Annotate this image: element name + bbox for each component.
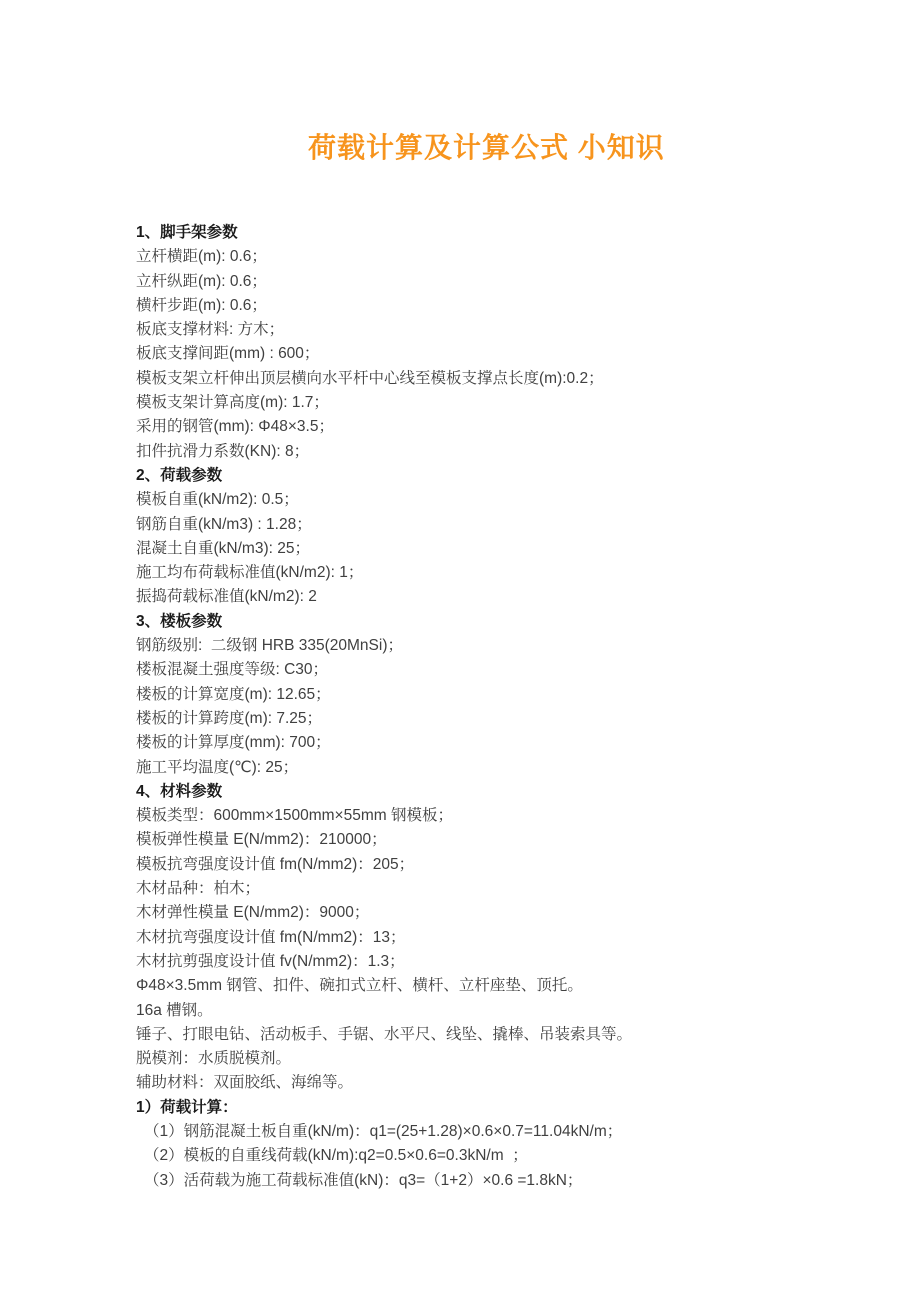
section-heading: 1、脚手架参数	[136, 221, 836, 245]
doc-line: 板底支撑间距(mm) : 600；	[136, 342, 836, 366]
document-body: 1、脚手架参数立杆横距(m): 0.6；立杆纵距(m): 0.6；横杆步距(m)…	[136, 221, 836, 1193]
doc-line: （2）模板的自重线荷载(kN/m):q2=0.5×0.6=0.3kN/m ；	[136, 1144, 836, 1168]
doc-line: 钢筋自重(kN/m3) : 1.28；	[136, 513, 836, 537]
doc-line: 脱模剂：水质脱模剂。	[136, 1047, 836, 1071]
doc-line: 模板类型：600mm×1500mm×55mm 钢模板；	[136, 804, 836, 828]
section-heading: 4、材料参数	[136, 780, 836, 804]
doc-line: 木材抗弯强度设计值 fm(N/mm2)：13；	[136, 926, 836, 950]
doc-line: 模板弹性模量 E(N/mm2)：210000；	[136, 828, 836, 852]
page-title: 荷载计算及计算公式 小知识	[308, 126, 665, 166]
doc-line: 钢筋级别: 二级钢 HRB 335(20MnSi)；	[136, 634, 836, 658]
doc-line: 施工平均温度(℃): 25；	[136, 756, 836, 780]
doc-line: 木材抗剪强度设计值 fv(N/mm2)：1.3；	[136, 950, 836, 974]
doc-line: 模板抗弯强度设计值 fm(N/mm2)：205；	[136, 853, 836, 877]
doc-line: 模板自重(kN/m2): 0.5；	[136, 488, 836, 512]
doc-line: 模板支架计算高度(m): 1.7；	[136, 391, 836, 415]
doc-line: 扣件抗滑力系数(KN): 8；	[136, 440, 836, 464]
doc-line: 木材品种：柏木；	[136, 877, 836, 901]
doc-line: 木材弹性模量 E(N/mm2)：9000；	[136, 901, 836, 925]
section-heading: 2、荷载参数	[136, 464, 836, 488]
doc-line: 锤子、打眼电钻、活动板手、手锯、水平尺、线坠、撬棒、吊装索具等。	[136, 1023, 836, 1047]
doc-line: 立杆纵距(m): 0.6；	[136, 270, 836, 294]
doc-line: 楼板的计算厚度(mm): 700；	[136, 731, 836, 755]
doc-line: 立杆横距(m): 0.6；	[136, 245, 836, 269]
doc-line: 板底支撑材料: 方木；	[136, 318, 836, 342]
doc-line: 模板支架立杆伸出顶层横向水平杆中心线至模板支撑点长度(m):0.2；	[136, 367, 836, 391]
doc-line: 辅助材料：双面胶纸、海绵等。	[136, 1071, 836, 1095]
doc-line: Φ48×3.5mm 钢管、扣件、碗扣式立杆、横杆、立杆座垫、顶托。	[136, 974, 836, 998]
doc-line: （1）钢筋混凝土板自重(kN/m)：q1=(25+1.28)×0.6×0.7=1…	[136, 1120, 836, 1144]
doc-line: 楼板混凝土强度等级: C30；	[136, 658, 836, 682]
doc-line: 横杆步距(m): 0.6；	[136, 294, 836, 318]
document-page: 荷载计算及计算公式 小知识 1、脚手架参数立杆横距(m): 0.6；立杆纵距(m…	[0, 0, 920, 1302]
doc-line: 16a 槽钢。	[136, 999, 836, 1023]
section-heading: 1）荷载计算：	[136, 1096, 836, 1120]
doc-line: 施工均布荷载标准值(kN/m2): 1；	[136, 561, 836, 585]
doc-line: 振捣荷载标准值(kN/m2): 2	[136, 585, 836, 609]
doc-line: 混凝土自重(kN/m3): 25；	[136, 537, 836, 561]
doc-line: 采用的钢管(mm): Φ48×3.5；	[136, 415, 836, 439]
doc-line: 楼板的计算跨度(m): 7.25；	[136, 707, 836, 731]
doc-line: （3）活荷载为施工荷载标准值(kN)：q3=（1+2）×0.6 =1.8kN；	[136, 1169, 836, 1193]
doc-line: 楼板的计算宽度(m): 12.65；	[136, 683, 836, 707]
section-heading: 3、楼板参数	[136, 610, 836, 634]
